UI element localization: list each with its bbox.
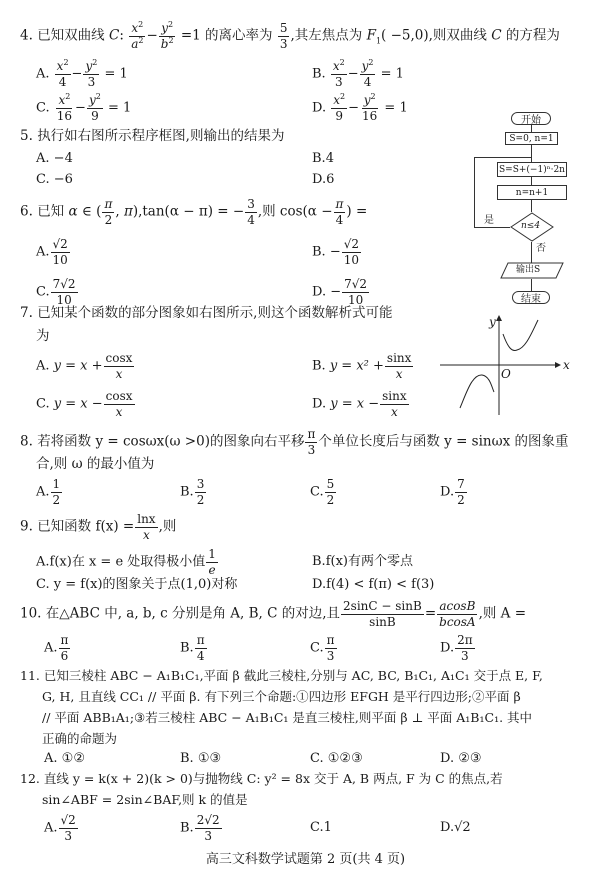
q11-option-a: A. ①② <box>44 752 85 765</box>
q6-option-a: A.√210 <box>36 238 71 266</box>
q11-option-b: B. ①③ <box>180 752 221 765</box>
q4-option-b: B. x23−y24 = 1 <box>312 60 404 88</box>
q7-option-c: C. y = x −cosxx <box>36 390 136 418</box>
q5-option-a: A. −4 <box>36 152 73 165</box>
question-8-stem-line2: 合,则 ω 的最小值为 <box>36 458 154 472</box>
question-4-stem: 4. 已知双曲线 C: x2a2−y2b2 =1 的离心率为 53,其左焦点为 … <box>20 22 560 50</box>
question-11-line2: G, H, 且直线 CC₁ // 平面 β. 有下列三个命题:①四边形 EFGH… <box>42 691 521 704</box>
q9-option-d: D.f(4) < f(π) < f(3) <box>312 578 434 591</box>
question-10-stem: 10. 在△ABC 中, a, b, c 分别是角 A, B, C 的对边,且2… <box>20 600 526 628</box>
q4-option-a: A. x24−y23 = 1 <box>36 60 128 88</box>
flow-condition: n≤4 <box>521 222 540 231</box>
q12-option-d: D.√2 <box>440 821 471 834</box>
q8-option-d: D.72 <box>440 478 468 506</box>
question-7-stem-line1: 7. 已知某个函数的部分图象如右图所示,则这个函数解析式可能 <box>20 307 392 321</box>
flow-update-s: S=S+(−1)ⁿ·2n <box>497 162 567 177</box>
question-11-line1: 11. 已知三棱柱 ABC − A₁B₁C₁,平面 β 截此三棱柱,分别与 AC… <box>20 670 543 683</box>
q12-option-c: C.1 <box>310 821 332 834</box>
flow-start: 开始 <box>511 112 551 125</box>
question-8-stem-line1: 8. 若将函数 y = cosωx(ω >0)的图象向右平移π3个单位长度后与函… <box>20 428 569 456</box>
q9-option-a: A.f(x)在 x = e 处取得极小值1e <box>36 548 219 576</box>
question-12-line1: 12. 直线 y = k(x + 2)(k > 0)与抛物线 C: y² = 8… <box>20 773 503 786</box>
q12-option-a: A.√23 <box>44 814 79 842</box>
question-9-stem: 9. 已知函数 f(x) =lnxx,则 <box>20 513 176 541</box>
q7-option-b: B. y = x² +sinxx <box>312 352 414 380</box>
q10-option-d: D.2π3 <box>440 634 476 662</box>
q8-option-b: B.32 <box>180 478 207 506</box>
q9-option-c: C. y = f(x)的图象关于点(1,0)对称 <box>36 578 237 591</box>
q11-option-d: D. ②③ <box>440 752 482 765</box>
flow-yes-label: 是 <box>484 216 494 226</box>
graph-origin-label: O <box>501 368 511 380</box>
question-11-line4: 正确的命题为 <box>42 733 117 746</box>
q10-option-a: A.π6 <box>44 634 71 662</box>
q4-option-d: D. x29−y216 = 1 <box>312 94 408 122</box>
question-7-stem-line2: 为 <box>36 330 50 344</box>
q5-option-d: D.6 <box>312 173 334 186</box>
q7-option-d: D. y = x −sinxx <box>312 390 410 418</box>
flow-output: 输出S <box>516 266 540 275</box>
flow-no-label: 否 <box>536 244 546 254</box>
question-5-stem: 5. 执行如右图所示程序框图,则输出的结果为 <box>20 130 284 144</box>
q10-option-b: B.π4 <box>180 634 208 662</box>
q6-option-d: D. −7√210 <box>312 278 370 306</box>
question-11-line3: // 平面 ABB₁A₁;③若三棱柱 ABC − A₁B₁C₁ 是直三棱柱,则平… <box>42 712 532 725</box>
flow-init: S=0, n=1 <box>505 132 558 145</box>
q7-option-a: A. y = x +cosxx <box>36 352 135 380</box>
q5-option-c: C. −6 <box>36 173 73 186</box>
q11-option-c: C. ①②③ <box>310 752 363 765</box>
q4-option-c: C. x216−y29 = 1 <box>36 94 131 122</box>
flow-update-n: n=n+1 <box>497 185 567 200</box>
q8-option-c: C.52 <box>310 478 337 506</box>
question-6-stem: 6. 已知 α ∈ (π2, π),tan(α − π) = −34,则 cos… <box>20 198 367 226</box>
q10-option-c: C.π3 <box>310 634 338 662</box>
q5-option-b: B.4 <box>312 152 334 165</box>
page-footer: 高三文科数学试题第 2 页(共 4 页) <box>0 848 611 867</box>
question-12-line2: sin∠ABF = 2sin∠BAF,则 k 的值是 <box>42 794 248 807</box>
q9-option-b: B.f(x)有两个零点 <box>312 555 413 568</box>
q8-option-a: A.12 <box>36 478 63 506</box>
graph-y-label: y <box>489 316 496 328</box>
graph-x-label: x <box>563 359 570 371</box>
q6-option-b: B. −√210 <box>312 238 362 266</box>
function-graph <box>430 310 611 420</box>
flow-end: 结束 <box>512 291 550 304</box>
q6-option-c: C.7√210 <box>36 278 79 306</box>
q12-option-b: B.2√23 <box>180 814 223 842</box>
